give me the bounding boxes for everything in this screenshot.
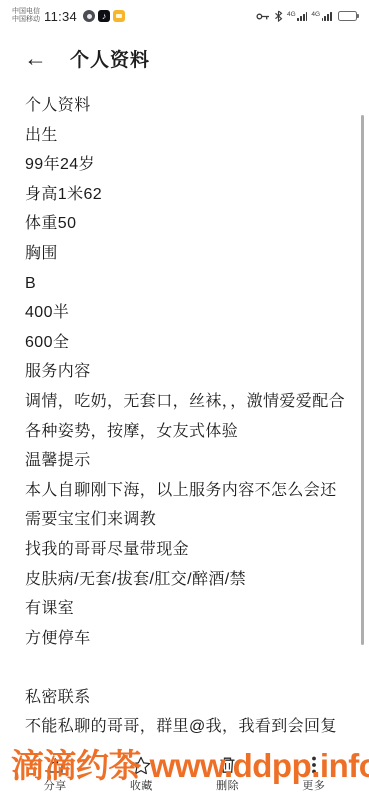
signal-sim2: 4G — [311, 11, 331, 21]
page-title: 个人资料 — [70, 45, 150, 72]
signal-sim1: 4G — [287, 11, 307, 21]
profile-text-line: 方便停车 — [25, 624, 345, 654]
carrier-sim2: 中国移动 — [12, 16, 40, 24]
carrier-labels: 中国电信 中国移动 — [12, 8, 40, 24]
profile-text-line: 胸围 — [25, 239, 345, 269]
profile-text-line: 本人自聊刚下海，以上服务内容不怎么会还需要宝宝们来调教 — [25, 476, 345, 535]
profile-text-line — [25, 653, 345, 683]
chat-app-icon — [113, 10, 125, 22]
profile-text-line: 调情，吃奶，无套口，丝袜，，激情爱爱配合各种姿势，按摩，女友式体验 — [25, 387, 345, 446]
battery-icon — [338, 11, 359, 21]
page-header: ← 个人资料 — [0, 30, 369, 86]
profile-text-line: 皮肤病/无套/拔套/肛交/醉酒/禁 — [25, 565, 345, 595]
network-type-sim1: 4G — [287, 12, 296, 19]
profile-text-body: 个人资料出生99年24岁身高1米62体重50胸围B400半600全服务内容调情，… — [0, 86, 369, 742]
signal-bars-icon — [322, 11, 332, 21]
back-button[interactable]: ← — [24, 47, 47, 70]
carrier-sim1: 中国电信 — [12, 8, 40, 16]
tiktok-icon: ♪ — [98, 10, 110, 22]
status-bar: 中国电信 中国移动 11:34 ♪ 4G — [0, 0, 369, 30]
watermark-text: 滴滴约茶 www.ddpp.info — [11, 740, 369, 787]
profile-text-line: 600全 — [25, 328, 345, 358]
bluetooth-icon — [274, 10, 283, 22]
signal-bars-icon — [297, 11, 307, 21]
key-icon — [256, 11, 270, 22]
notification-icons: ♪ — [83, 10, 125, 22]
clock: 11:34 — [44, 9, 77, 24]
profile-text-line: 有课室 — [25, 594, 345, 624]
profile-text-line: B — [25, 269, 345, 299]
profile-text-line: 温馨提示 — [25, 446, 345, 476]
profile-text-line: 出生 — [25, 121, 345, 151]
profile-text-line: 不能私聊的哥哥，群里@我，我看到会回复 — [25, 712, 345, 742]
phone-screen: 中国电信 中国移动 11:34 ♪ 4G — [0, 0, 369, 800]
profile-text-line: 个人资料 — [25, 91, 345, 121]
profile-text-line: 400半 — [25, 298, 345, 328]
network-type-sim2: 4G — [311, 12, 320, 19]
profile-text-line: 私密联系 — [25, 683, 345, 713]
scrollbar-thumb[interactable] — [361, 115, 364, 645]
voice-app-icon — [83, 10, 95, 22]
profile-text-line: 体重50 — [25, 209, 345, 239]
profile-text-line: 服务内容 — [25, 357, 345, 387]
profile-text-line: 找我的哥哥尽量带现金 — [25, 535, 345, 565]
profile-text-line: 99年24岁 — [25, 150, 345, 180]
profile-text-line: 身高1米62 — [25, 180, 345, 210]
